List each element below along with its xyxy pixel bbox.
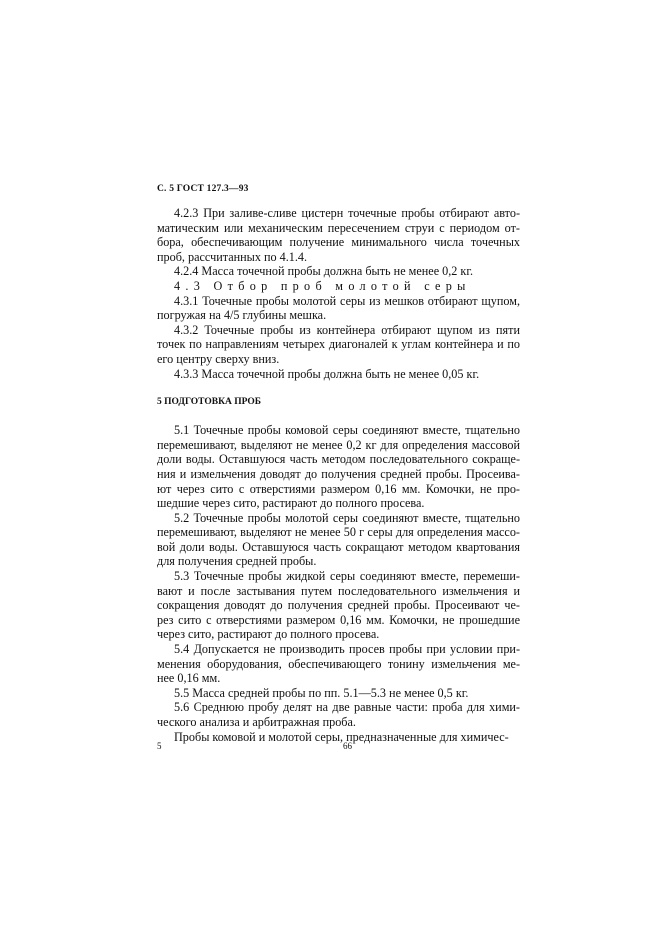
paragraph-h43: 4.3 Отбор проб молотой серы <box>157 279 520 294</box>
section-5-content: 5.1 Точечные пробы комовой серы соединяю… <box>157 423 520 744</box>
text-line: 5.2 Точечные пробы молотой серы соединяю… <box>157 511 520 526</box>
footer-page-number-center: 66 <box>343 741 352 751</box>
text-line: бора, обеспечивающим получение минимальн… <box>157 235 520 250</box>
text-line: для получения средней пробы. <box>157 554 520 569</box>
footer-page-number-left: 5 <box>157 741 162 751</box>
text-line: 5.1 Точечные пробы комовой серы соединяю… <box>157 423 520 438</box>
section-title: 5 ПОДГОТОВКА ПРОБ <box>157 397 520 409</box>
text-line: его центру сверху вниз. <box>157 352 520 367</box>
text-line: ческого анализа и арбитражная проба. <box>157 715 520 730</box>
paragraph-p52: 5.2 Точечные пробы молотой серы соединяю… <box>157 511 520 569</box>
text-line: 4.3.1 Точечные пробы молотой серы из меш… <box>157 294 520 309</box>
text-line: менения оборудования, обеспечивающего то… <box>157 657 520 672</box>
text-line: ют через сито с отверстиями размером 0,1… <box>157 482 520 497</box>
text-line: 5.4 Допускается не производить просев пр… <box>157 642 520 657</box>
paragraph-p51: 5.1 Точечные пробы комовой серы соединяю… <box>157 423 520 511</box>
text-line: 4.3.3 Масса точечной пробы должна быть н… <box>157 367 520 382</box>
text-line: 4.2.3 При заливе-сливе цистерн точечные … <box>157 206 520 221</box>
paragraph-p424: 4.2.4 Масса точечной пробы должна быть н… <box>157 264 520 279</box>
text-line: рез сито с отверстиями размером 0,16 мм.… <box>157 613 520 628</box>
section-4-content: 4.2.3 При заливе-сливе цистерн точечные … <box>157 206 520 381</box>
text-line: перемешивают, выделяют не менее 50 г сер… <box>157 525 520 540</box>
text-line: вают и после застывания путем последоват… <box>157 584 520 599</box>
text-line: погружая на 4/5 глубины мешка. <box>157 308 520 323</box>
text-line: 5.6 Среднюю пробу делят на две равные ча… <box>157 700 520 715</box>
text-line: точек по направлениям четырех диагоналей… <box>157 337 520 352</box>
paragraph-p433: 4.3.3 Масса точечной пробы должна быть н… <box>157 367 520 382</box>
text-line: сокращения доводят до получения средней … <box>157 598 520 613</box>
text-line: вой доли воды. Оставшуюся часть сокращаю… <box>157 540 520 555</box>
paragraph-p431: 4.3.1 Точечные пробы молотой серы из меш… <box>157 294 520 323</box>
text-line: проб, рассчитанных по 4.1.4. <box>157 250 520 265</box>
text-line: Пробы комовой и молотой серы, предназнач… <box>157 730 520 745</box>
paragraph-p55: 5.5 Масса средней пробы по пп. 5.1—5.3 н… <box>157 686 520 701</box>
paragraph-p54: 5.4 Допускается не производить просев пр… <box>157 642 520 686</box>
text-line: шедшие через сито, растирают до полного … <box>157 496 520 511</box>
paragraph-p57: Пробы комовой и молотой серы, предназнач… <box>157 730 520 745</box>
text-line: ния и измельчения доводят до получения с… <box>157 467 520 482</box>
page-header: С. 5 ГОСТ 127.3—93 <box>157 184 520 196</box>
text-line: доли воды. Оставшуюся часть методом посл… <box>157 452 520 467</box>
paragraph-p53: 5.3 Точечные пробы жидкой серы соединяют… <box>157 569 520 642</box>
text-line: 5.5 Масса средней пробы по пп. 5.1—5.3 н… <box>157 686 520 701</box>
text-line: 4.3.2 Точечные пробы из контейнера отбир… <box>157 323 520 338</box>
document-page: С. 5 ГОСТ 127.3—93 4.2.3 При заливе-слив… <box>157 184 520 744</box>
text-line: перемешивают, выделяют не менее 0,2 кг д… <box>157 438 520 453</box>
text-line: 5.3 Точечные пробы жидкой серы соединяют… <box>157 569 520 584</box>
text-line: 4.2.4 Масса точечной пробы должна быть н… <box>157 264 520 279</box>
text-line: 4.3 Отбор проб молотой серы <box>157 279 520 294</box>
text-line: матическим или механическим пересечением… <box>157 221 520 236</box>
paragraph-p56: 5.6 Среднюю пробу делят на две равные ча… <box>157 700 520 729</box>
text-line: нее 0,16 мм. <box>157 671 520 686</box>
paragraph-p423: 4.2.3 При заливе-сливе цистерн точечные … <box>157 206 520 264</box>
text-line: через сито, растирают до полного просева… <box>157 627 520 642</box>
paragraph-p432: 4.3.2 Точечные пробы из контейнера отбир… <box>157 323 520 367</box>
